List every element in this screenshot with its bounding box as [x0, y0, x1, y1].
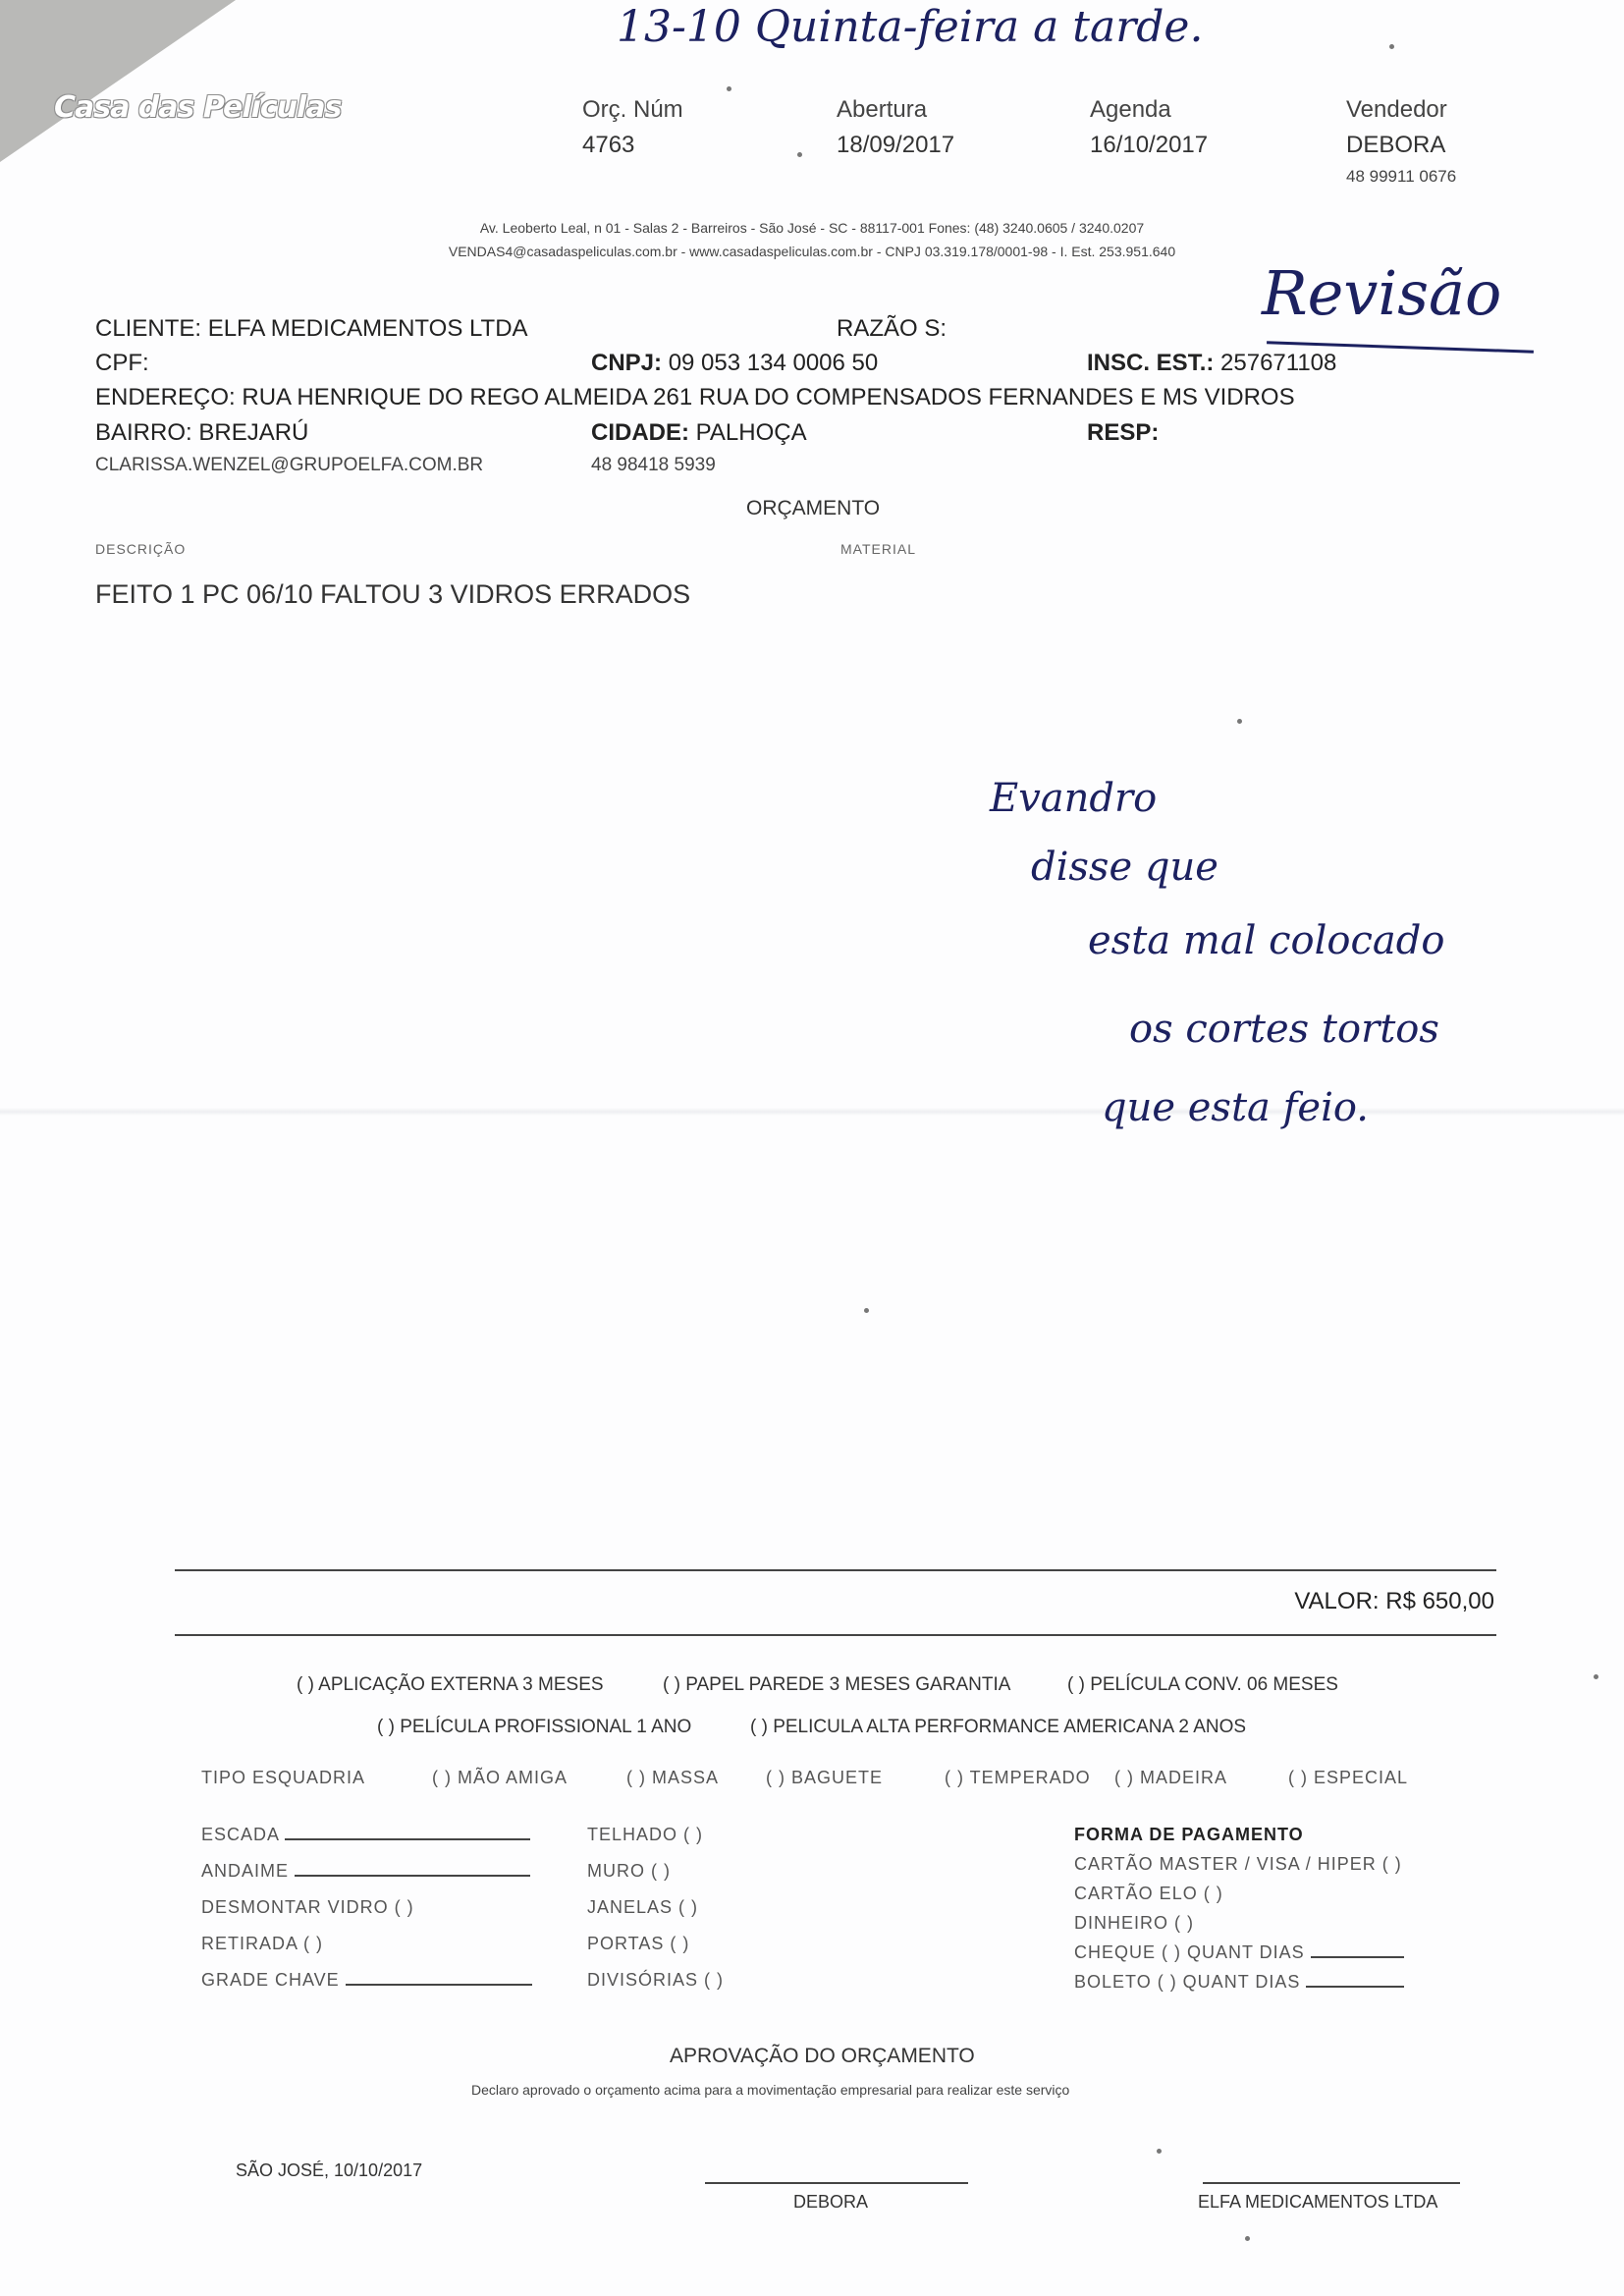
boleto-option[interactable]: BOLETO ( ) QUANT DIAS: [1074, 1972, 1300, 1992]
cnpj-field: CNPJ: 09 053 134 0006 50: [591, 350, 878, 377]
cliente-label: CLIENTE:: [95, 315, 201, 342]
razao-label: RAZÃO S:: [837, 315, 947, 342]
service-aplicacao-externa[interactable]: ( ) APLICAÇÃO EXTERNA 3 MESES: [297, 1674, 604, 1696]
endereco-label: ENDEREÇO:: [95, 384, 236, 410]
agenda-value: 16/10/2017: [1090, 132, 1208, 159]
scan-speck: [727, 86, 731, 91]
janelas-option[interactable]: JANELAS ( ): [587, 1897, 698, 1918]
esquadria-baguete[interactable]: ( ) BAGUETE: [766, 1768, 883, 1788]
company-address: Av. Leoberto Leal, n 01 - Salas 2 - Barr…: [321, 220, 1303, 236]
bairro-field: BAIRRO: BREJARÚ: [95, 419, 308, 447]
service-pelicula-alta-performance[interactable]: ( ) PELICULA ALTA PERFORMANCE AMERICANA …: [750, 1717, 1246, 1738]
approval-title: APROVAÇÃO DO ORÇAMENTO: [670, 2045, 975, 2068]
client-phone: 48 98418 5939: [591, 455, 716, 476]
esquadria-madeira[interactable]: ( ) MADEIRA: [1114, 1768, 1227, 1788]
scan-speck: [797, 152, 802, 157]
paper-crease: [0, 1108, 1624, 1116]
orc-num-label: Orç. Núm: [582, 96, 683, 124]
client-signature-line[interactable]: [1203, 2182, 1460, 2184]
abertura-value: 18/09/2017: [837, 132, 954, 159]
esquadria-especial[interactable]: ( ) ESPECIAL: [1288, 1768, 1408, 1788]
cliente-value: ELFA MEDICAMENTOS LTDA: [208, 315, 528, 342]
grade-chave-field: GRADE CHAVE: [201, 1970, 532, 1991]
client-signature-name: ELFA MEDICAMENTOS LTDA: [1198, 2192, 1437, 2213]
valor-bottom-rule: [175, 1634, 1496, 1636]
andaime-input[interactable]: [295, 1875, 530, 1877]
cidade-label: CIDADE:: [591, 419, 689, 446]
company-contact: VENDAS4@casadaspeliculas.com.br - www.ca…: [321, 244, 1303, 259]
resp-label: RESP:: [1087, 419, 1159, 446]
escada-field: ESCADA: [201, 1825, 530, 1845]
vendedor-value: DEBORA: [1346, 132, 1445, 159]
material-header: MATERIAL: [840, 541, 916, 557]
valor-amount: R$ 650,00: [1385, 1588, 1494, 1614]
descricao-header: DESCRIÇÃO: [95, 541, 186, 557]
valor-label: VALOR:: [1294, 1588, 1379, 1614]
scan-speck: [1594, 1674, 1598, 1679]
resp-field: RESP:: [1087, 419, 1159, 447]
valor-top-rule: [175, 1569, 1496, 1571]
agenda-label: Agenda: [1090, 96, 1171, 124]
cliente-field: CLIENTE: ELFA MEDICAMENTOS LTDA: [95, 315, 528, 343]
cidade-value: PALHOÇA: [696, 419, 807, 446]
andaime-label: ANDAIME: [201, 1861, 289, 1881]
descricao-value: FEITO 1 PC 06/10 FALTOU 3 VIDROS ERRADOS: [95, 579, 690, 610]
seller-signature-name: DEBORA: [793, 2192, 868, 2213]
seller-signature-line[interactable]: [705, 2182, 968, 2184]
service-pelicula-conv[interactable]: ( ) PELÍCULA CONV. 06 MESES: [1067, 1674, 1338, 1696]
orcamento-title: ORÇAMENTO: [746, 497, 880, 520]
muro-option[interactable]: MURO ( ): [587, 1861, 671, 1882]
insc-field: INSC. EST.: 257671108: [1087, 350, 1336, 377]
scan-speck: [1237, 719, 1242, 724]
company-logo: Casa das Películas: [54, 90, 341, 125]
handwritten-note-line-1: Evandro: [990, 776, 1157, 821]
retirada-option[interactable]: RETIRADA ( ): [201, 1934, 323, 1954]
grade-chave-input[interactable]: [346, 1984, 532, 1986]
cpf-field: CPF:: [95, 350, 149, 377]
payment-dinheiro[interactable]: DINHEIRO ( ): [1074, 1913, 1194, 1934]
handwritten-note-line-5: que esta feio.: [1102, 1085, 1369, 1130]
folded-corner: [0, 0, 236, 162]
scan-speck: [1389, 44, 1394, 49]
boleto-dias-input[interactable]: [1306, 1986, 1404, 1988]
payment-cheque: CHEQUE ( ) QUANT DIAS: [1074, 1942, 1404, 1963]
payment-cartao-elo[interactable]: CARTÃO ELO ( ): [1074, 1884, 1223, 1904]
escada-input[interactable]: [285, 1838, 530, 1840]
esquadria-temperado[interactable]: ( ) TEMPERADO: [945, 1768, 1091, 1788]
service-papel-parede[interactable]: ( ) PAPEL PAREDE 3 MESES GARANTIA: [663, 1674, 1010, 1696]
desmontar-vidro-option[interactable]: DESMONTAR VIDRO ( ): [201, 1897, 414, 1918]
vendedor-label: Vendedor: [1346, 96, 1447, 124]
bairro-label: BAIRRO:: [95, 419, 192, 446]
orc-num-value: 4763: [582, 132, 634, 159]
handwritten-note-line-4: os cortes tortos: [1129, 1007, 1439, 1052]
payment-boleto: BOLETO ( ) QUANT DIAS: [1074, 1972, 1404, 1993]
handwritten-revisao: Revisão: [1262, 257, 1501, 329]
service-pelicula-profissional[interactable]: ( ) PELÍCULA PROFISSIONAL 1 ANO: [377, 1717, 691, 1738]
place-date: SÃO JOSÉ, 10/10/2017: [236, 2160, 422, 2181]
esquadria-massa[interactable]: ( ) MASSA: [626, 1768, 719, 1788]
scan-speck: [1245, 2236, 1250, 2241]
esquadria-label: TIPO ESQUADRIA: [201, 1768, 365, 1788]
grade-chave-label: GRADE CHAVE: [201, 1970, 340, 1990]
cidade-field: CIDADE: PALHOÇA: [591, 419, 807, 447]
handwritten-top-note: 13-10 Quinta-feira a tarde.: [617, 2, 1203, 52]
portas-option[interactable]: PORTAS ( ): [587, 1934, 689, 1954]
esquadria-mao-amiga[interactable]: ( ) MÃO AMIGA: [432, 1768, 568, 1788]
insc-label: INSC. EST.:: [1087, 350, 1214, 376]
insc-value: 257671108: [1220, 350, 1336, 376]
scan-speck: [864, 1308, 869, 1313]
cheque-option[interactable]: CHEQUE ( ) QUANT DIAS: [1074, 1942, 1305, 1962]
escada-label: ESCADA: [201, 1825, 279, 1844]
razao-field: RAZÃO S:: [837, 315, 947, 343]
payment-title: FORMA DE PAGAMENTO: [1074, 1825, 1304, 1845]
approval-statement: Declaro aprovado o orçamento acima para …: [471, 2082, 1069, 2098]
endereco-value: RUA HENRIQUE DO REGO ALMEIDA 261 RUA DO …: [242, 384, 1294, 410]
payment-cartao-master[interactable]: CARTÃO MASTER / VISA / HIPER ( ): [1074, 1854, 1402, 1875]
bairro-value: BREJARÚ: [198, 419, 308, 446]
cnpj-label: CNPJ:: [591, 350, 662, 376]
handwritten-note-line-2: disse que: [1031, 845, 1218, 890]
client-email: CLARISSA.WENZEL@GRUPOELFA.COM.BR: [95, 455, 483, 476]
telhado-option[interactable]: TELHADO ( ): [587, 1825, 703, 1845]
andaime-field: ANDAIME: [201, 1861, 530, 1882]
valor-field: VALOR: R$ 650,00: [1294, 1588, 1494, 1615]
vendedor-phone: 48 99911 0676: [1346, 167, 1456, 187]
handwritten-note-line-3: esta mal colocado: [1088, 918, 1444, 963]
divisorias-option[interactable]: DIVISÓRIAS ( ): [587, 1970, 724, 1991]
scan-speck: [1157, 2149, 1162, 2154]
cheque-dias-input[interactable]: [1311, 1956, 1404, 1958]
endereco-field: ENDEREÇO: RUA HENRIQUE DO REGO ALMEIDA 2…: [95, 384, 1295, 411]
abertura-label: Abertura: [837, 96, 927, 124]
cpf-label: CPF:: [95, 350, 149, 376]
cnpj-value: 09 053 134 0006 50: [669, 350, 879, 376]
